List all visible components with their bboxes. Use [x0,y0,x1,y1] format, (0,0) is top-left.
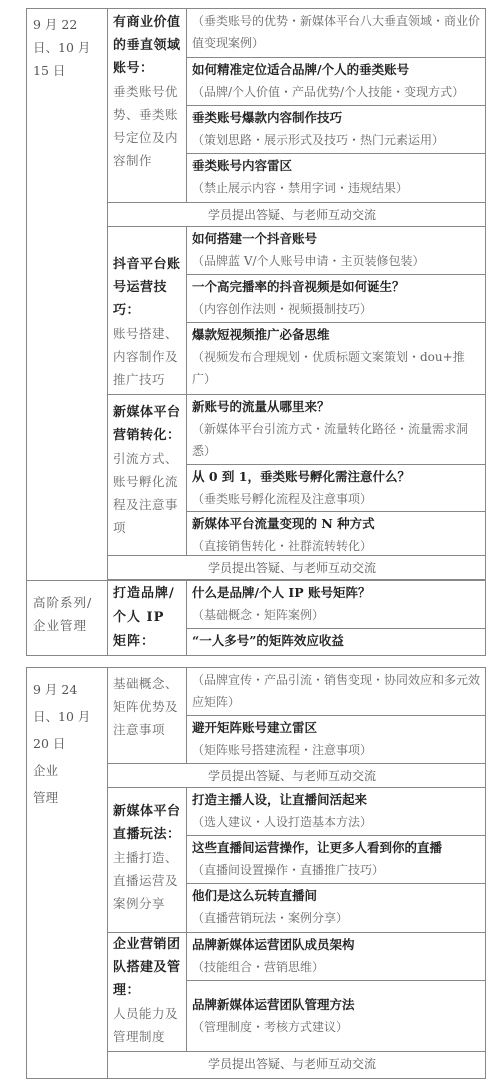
topic-detail: （管理制度・考核方式建议） [192,1016,482,1038]
topic-title: 打造主播人设，让直播间活起来 [192,789,482,811]
topic-detail: （禁止展示内容・禁用字词・违规结果） [192,177,482,199]
topic-detail: （垂类账号的优势・新媒体平台八大垂直领域・商业价值变现案例） [192,10,482,54]
date-cell: 9 月 24 日、10 月 20 日 企业管理 [27,668,108,1078]
topic-cell: 新媒体平台流量变现的 N 种方式 （直接销售转化・社群流转转化） [187,512,485,556]
topic-cell: 如何搭建一个抖音账号 （品牌蓝 V/个人账号申请・主页装修包装） [187,227,485,275]
topic-cell: 品牌新媒体运营团队管理方法 （管理制度・考核方式建议） [187,981,485,1052]
topic-title: 一个高完播率的抖音视频是如何诞生？ [192,276,482,298]
topic-detail: （策划思路・展示形式及技巧・热门元素运用） [192,129,482,151]
date-label: 9 月 22 日、10 月 15 日 [27,9,107,82]
topic-detail: （直播营销玩法・案例分享） [192,907,482,929]
module-vertical-accounts: 有商业价值的垂直领域账号： 垂类账号优势、垂类账号定位及内容制作 （垂类账号的优… [108,9,485,203]
schedule-table-1: 9 月 22 日、10 月 15 日 有商业价值的垂直领域账号： 垂类账号优势、… [26,8,486,656]
module-heading: 有商业价值的垂直领域账号： [113,11,183,80]
topic-detail: （矩阵账号搭建流程・注意事项） [192,739,482,761]
topic-title: 垂类账号爆款内容制作技巧 [192,107,482,129]
topic-title: 这些直播间运营操作，让更多人看到你的直播 [192,837,482,859]
topic-cell: 爆款短视频推广必备思维 （视频发布合理规划・优质标题文案策划・dou+推广） [187,323,485,394]
qa-row: 学员提出答疑、与老师互动交流 [108,1052,485,1078]
date-cell: 9 月 22 日、10 月 15 日 [27,9,108,580]
topic-cell: （品牌宣传・产品引流・销售变现・协同效应和多元效应矩阵） [187,668,485,716]
topic-cell: 品牌新媒体运营团队成员架构 （技能组合・营销思维） [187,933,485,981]
topic-cell: 垂类账号爆款内容制作技巧 （策划思路・展示形式及技巧・热门元素运用） [187,106,485,154]
topic-title: 如何精准定位适合品牌/个人的垂类账号 [192,59,482,81]
date-label: 9 月 24 日、10 月 20 日 [27,668,107,757]
topic-cell: 什么是品牌/个人 IP 账号矩阵？ （基础概念・矩阵案例） [187,581,485,629]
qa-row: 学员提出答疑、与老师互动交流 [108,556,485,580]
topic-cell: 避开矩阵账号建立雷区 （矩阵账号搭建流程・注意事项） [187,716,485,764]
topic-cell: 这些直播间运营操作，让更多人看到你的直播 （直播间设置操作・直播推广技巧） [187,836,485,884]
topic-title: 他们是这么玩转直播间 [192,885,482,907]
module-title-cell: 新媒体平台营销转化： 引流方式、账号孵化流程及注意事项 [108,395,187,555]
module-team-management: 企业营销团队搭建及管理： 人员能力及管理制度 品牌新媒体运营团队成员架构 （技能… [108,933,485,1052]
advanced-heading: 打造品牌/个人 IP 矩阵： [108,581,187,655]
topic-detail: （垂类账号孵化流程及注意事项） [192,488,482,510]
topic-cell: 垂类账号内容雷区 （禁止展示内容・禁用字词・违规结果） [187,154,485,202]
qa-row: 学员提出答疑、与老师互动交流 [108,764,485,788]
advanced-row: 高阶系列/企业管理 打造品牌/个人 IP 矩阵： 什么是品牌/个人 IP 账号矩… [27,580,485,655]
topic-title: 如何搭建一个抖音账号 [192,228,482,250]
topic-detail: （品牌宣传・产品引流・销售变现・协同效应和多元效应矩阵） [192,669,482,713]
module-subheading: 账号搭建、内容制作及推广技巧 [113,322,183,391]
topic-title: 爆款短视频推广必备思维 [192,324,482,346]
topic-title: 什么是品牌/个人 IP 账号矩阵？ [192,582,482,604]
module-heading: 企业营销团队搭建及管理： [113,933,183,1002]
topic-title: 从 0 到 1，垂类账号孵化需注意什么？ [192,466,482,488]
topic-detail: （视频发布合理规划・优质标题文案策划・dou+推广） [192,346,482,390]
advanced-label: 高阶系列/企业管理 [27,581,108,655]
topic-detail: （直接销售转化・社群流转转化） [192,535,482,557]
topic-title: 新账号的流量从哪里来？ [192,396,482,418]
module-subheading: 主播打造、直播运营及案例分享 [113,846,183,915]
topic-title: 品牌新媒体运营团队成员架构 [192,934,482,956]
module-title-cell: 新媒体平台直播玩法： 主播打造、直播运营及案例分享 [108,788,187,932]
topic-title: “一人多号”的矩阵效应收益 [192,630,482,652]
topic-detail: （基础概念・矩阵案例） [192,604,482,626]
topic-detail: （品牌蓝 V/个人账号申请・主页装修包装） [192,250,482,272]
topic-detail: （新媒体平台引流方式・流量转化路径・流量需求洞悉） [192,418,482,462]
topic-cell: 从 0 到 1，垂类账号孵化需注意什么？ （垂类账号孵化流程及注意事项） [187,465,485,512]
topic-detail: （选人建议・人设打造基本方法） [192,811,482,833]
module-douyin: 抖音平台账号运营技巧： 账号搭建、内容制作及推广技巧 如何搭建一个抖音账号 （品… [108,227,485,395]
topic-cell: 打造主播人设，让直播间活起来 （选人建议・人设打造基本方法） [187,788,485,836]
schedule-table-2: 9 月 24 日、10 月 20 日 企业管理 基础概念、矩阵优势及注意事项 （… [26,667,486,1079]
topic-cell: 一个高完播率的抖音视频是如何诞生？ （内容创作法则・视频摄制技巧） [187,275,485,323]
topic-detail: （内容创作法则・视频摄制技巧） [192,298,482,320]
topic-detail: （直播间设置操作・直播推广技巧） [192,859,482,881]
topic-cell: 他们是这么玩转直播间 （直播营销玩法・案例分享） [187,884,485,933]
topic-cell: “一人多号”的矩阵效应收益 [187,629,485,655]
module-title-cell: 抖音平台账号运营技巧： 账号搭建、内容制作及推广技巧 [108,227,187,394]
module-heading: 新媒体平台直播玩法： [113,800,183,846]
module-subheading: 垂类账号优势、垂类账号定位及内容制作 [113,80,183,172]
module-marketing-conversion: 新媒体平台营销转化： 引流方式、账号孵化流程及注意事项 新账号的流量从哪里来？ … [108,395,485,556]
qa-row: 学员提出答疑、与老师互动交流 [108,203,485,227]
topic-cell: 如何精准定位适合品牌/个人的垂类账号 （品牌/个人价值・产品优势/个人技能・变现… [187,58,485,106]
topic-detail: （技能组合・营销思维） [192,956,482,978]
module-title-cell: 企业营销团队搭建及管理： 人员能力及管理制度 [108,933,187,1051]
module-title-cell: 基础概念、矩阵优势及注意事项 [108,668,187,763]
category-label: 企业管理 [27,757,67,811]
module-subheading: 人员能力及管理制度 [113,1002,183,1048]
topic-title: 品牌新媒体运营团队管理方法 [192,994,482,1016]
module-heading: 新媒体平台营销转化： [113,401,183,447]
topic-cell: 新账号的流量从哪里来？ （新媒体平台引流方式・流量转化路径・流量需求洞悉） [187,395,485,465]
module-title-cell: 有商业价值的垂直领域账号： 垂类账号优势、垂类账号定位及内容制作 [108,9,187,202]
topic-title: 新媒体平台流量变现的 N 种方式 [192,513,482,535]
topic-detail: （品牌/个人价值・产品优势/个人技能・变现方式） [192,81,482,103]
module-subheading: 引流方式、账号孵化流程及注意事项 [113,447,183,539]
topic-cell: （垂类账号的优势・新媒体平台八大垂直领域・商业价值变现案例） [187,9,485,58]
topic-title: 垂类账号内容雷区 [192,155,482,177]
module-matrix-basics: 基础概念、矩阵优势及注意事项 （品牌宣传・产品引流・销售变现・协同效应和多元效应… [108,668,485,764]
topic-title: 避开矩阵账号建立雷区 [192,717,482,739]
module-subheading: 基础概念、矩阵优势及注意事项 [113,672,183,741]
module-livestream: 新媒体平台直播玩法： 主播打造、直播运营及案例分享 打造主播人设，让直播间活起来… [108,788,485,933]
module-heading: 抖音平台账号运营技巧： [113,253,183,322]
